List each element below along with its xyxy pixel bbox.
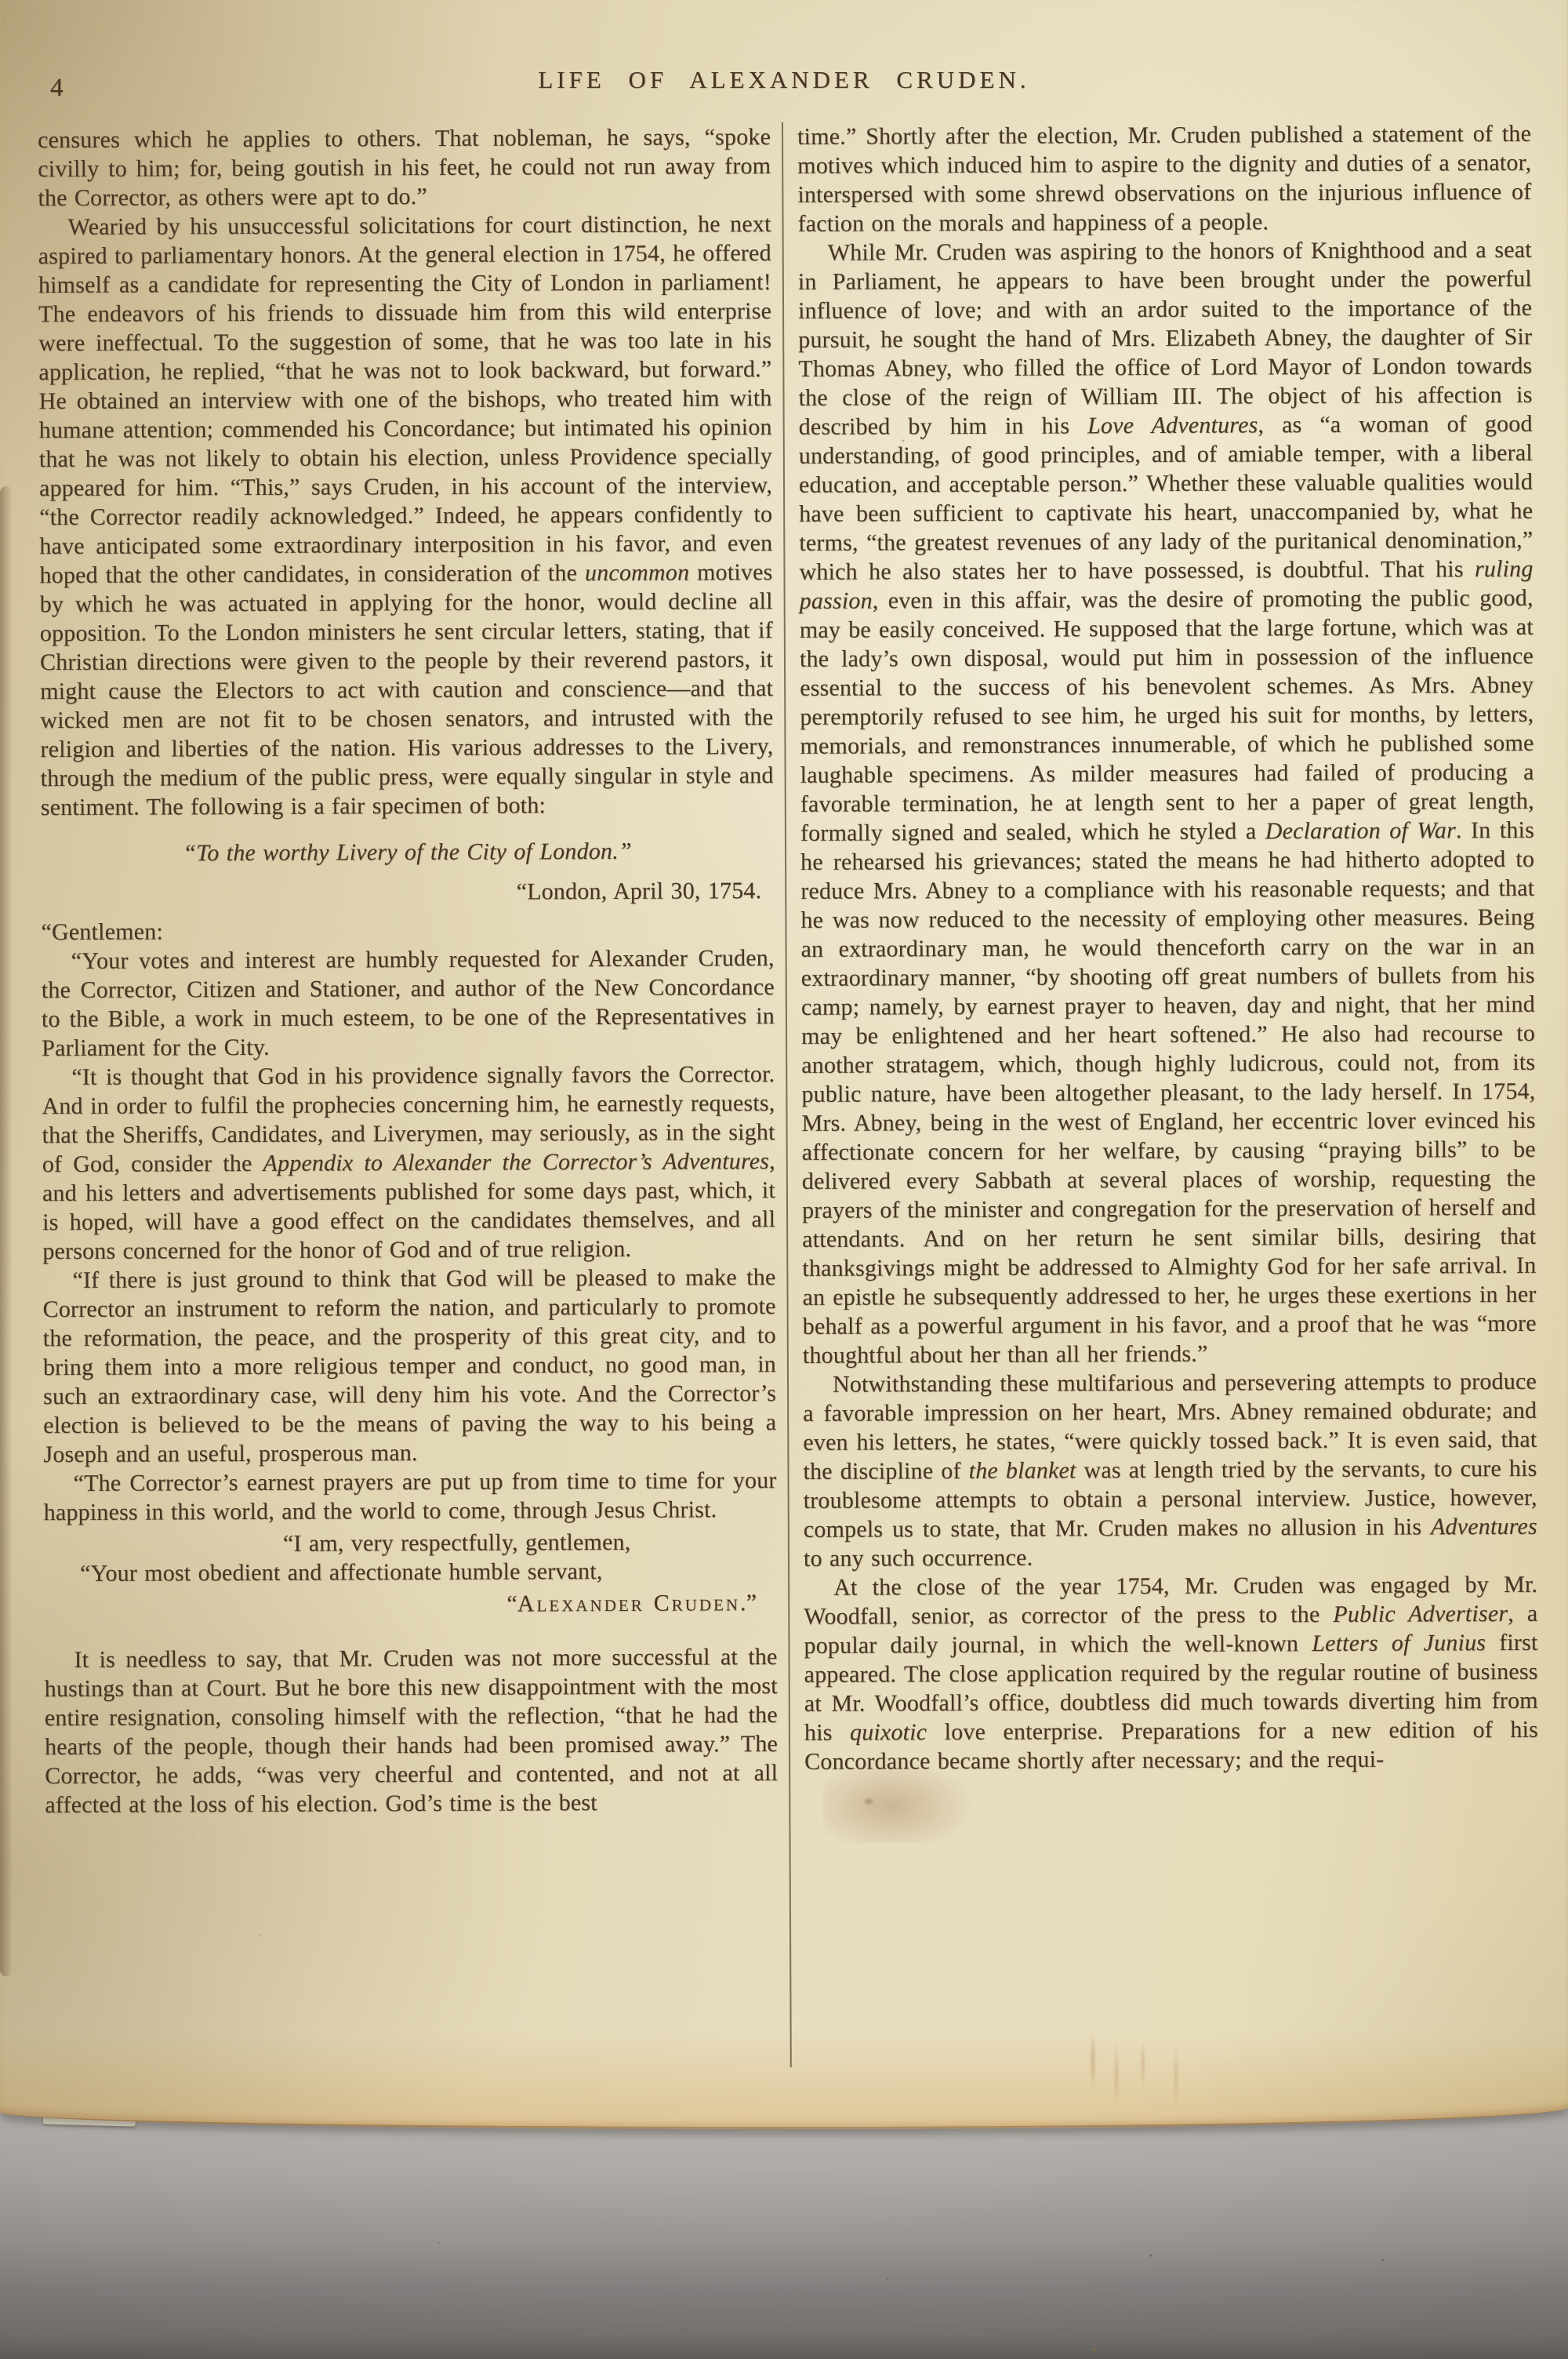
- text-columns: censures which he applies to others. Tha…: [38, 119, 1540, 2070]
- text-run: “I am, very respectfully, gentlemen,: [283, 1529, 631, 1557]
- paragraph: Notwithstanding these multifarious and p…: [803, 1367, 1537, 1573]
- text-run: censures which he applies to others. Tha…: [38, 124, 771, 211]
- paragraph: Wearied by his unsuccessful solicitation…: [38, 209, 773, 822]
- text-run: to any such occurrence.: [804, 1545, 1033, 1572]
- italic-text: Letters of Junius: [1312, 1630, 1486, 1656]
- text-run: It is needless to say, that Mr. Cruden w…: [45, 1644, 779, 1818]
- paragraph: “Your most obedient and affectionate hum…: [44, 1556, 777, 1588]
- italic-text: Love Adventures: [1087, 412, 1258, 438]
- left-column: censures which he applies to others. Tha…: [38, 122, 790, 2070]
- paragraph: “Your votes and interest are humbly requ…: [42, 943, 775, 1063]
- italic-text: Appendix to Alexander the Corrector’s Ad…: [263, 1148, 769, 1176]
- paragraph: At the close of the year 1754, Mr. Crude…: [804, 1570, 1538, 1776]
- paragraph: censures which he applies to others. Tha…: [38, 122, 771, 213]
- text-run: .”: [740, 1590, 757, 1616]
- text-run: “: [506, 1591, 517, 1617]
- text-run: “Your votes and interest are humbly requ…: [42, 945, 775, 1061]
- italic-text: the blanket: [969, 1457, 1076, 1484]
- paragraph: “Gentlemen:: [41, 914, 774, 947]
- text-run: “The Corrector’s earnest prayers are put…: [44, 1467, 777, 1525]
- paragraph: It is needless to say, that Mr. Cruden w…: [44, 1642, 778, 1819]
- paragraph: time.” Shortly after the election, Mr. C…: [797, 119, 1532, 238]
- gutter-shadow: [0, 486, 13, 1976]
- paragraph: While Mr. Cruden was aspiring to the hon…: [798, 235, 1537, 1370]
- text-run: motives by which he was actuated in appl…: [40, 559, 774, 820]
- paragraph: “I am, very respectfully, gentlemen,: [44, 1527, 777, 1559]
- smallcaps-text: Alexander Cruden: [517, 1590, 740, 1616]
- paragraph: “The Corrector’s earnest prayers are put…: [43, 1466, 776, 1527]
- italic-text: Declaration of War: [1265, 817, 1456, 844]
- text-run: “Your most obedient and affectionate hum…: [80, 1558, 603, 1587]
- text-run: “Gentlemen:: [41, 918, 163, 945]
- italic-text: uncommon: [585, 560, 689, 587]
- paragraph: “It is thought that God in his providenc…: [42, 1060, 775, 1266]
- italic-text: “To the worthy Livery of the City of Lon…: [183, 838, 632, 866]
- running-header: LIFE OF ALEXANDER CRUDEN.: [0, 66, 1568, 94]
- paragraph: “London, April 30, 1754.: [41, 876, 774, 908]
- text-run: “If there is just ground to think that G…: [43, 1264, 777, 1467]
- text-run: While Mr. Cruden was aspiring to the hon…: [798, 237, 1533, 440]
- italic-text: Adventures: [1431, 1514, 1537, 1540]
- italic-text: Public Advertiser: [1333, 1601, 1508, 1627]
- right-column: time.” Shortly after the election, Mr. C…: [782, 119, 1540, 2067]
- paragraph: “To the worthy Livery of the City of Lon…: [41, 836, 774, 868]
- text-run: . In this he rehearsed his grievances; s…: [800, 817, 1537, 1369]
- text-run: time.” Shortly after the election, Mr. C…: [797, 121, 1531, 237]
- paragraph: “If there is just ground to think that G…: [42, 1263, 776, 1469]
- text-run: Wearied by his unsuccessful solicitation…: [38, 211, 773, 588]
- scanned-photo-canvas: 4 LIFE OF ALEXANDER CRUDEN. censures whi…: [0, 0, 1568, 2359]
- text-run: , even in this affair, was the desire of…: [800, 585, 1534, 846]
- italic-text: quixotic: [850, 1719, 927, 1745]
- paragraph: “Alexander Cruden.”: [44, 1588, 777, 1620]
- text-run: “London, April 30, 1754.: [517, 878, 762, 904]
- book-page: 4 LIFE OF ALEXANDER CRUDEN. censures whi…: [0, 0, 1568, 2129]
